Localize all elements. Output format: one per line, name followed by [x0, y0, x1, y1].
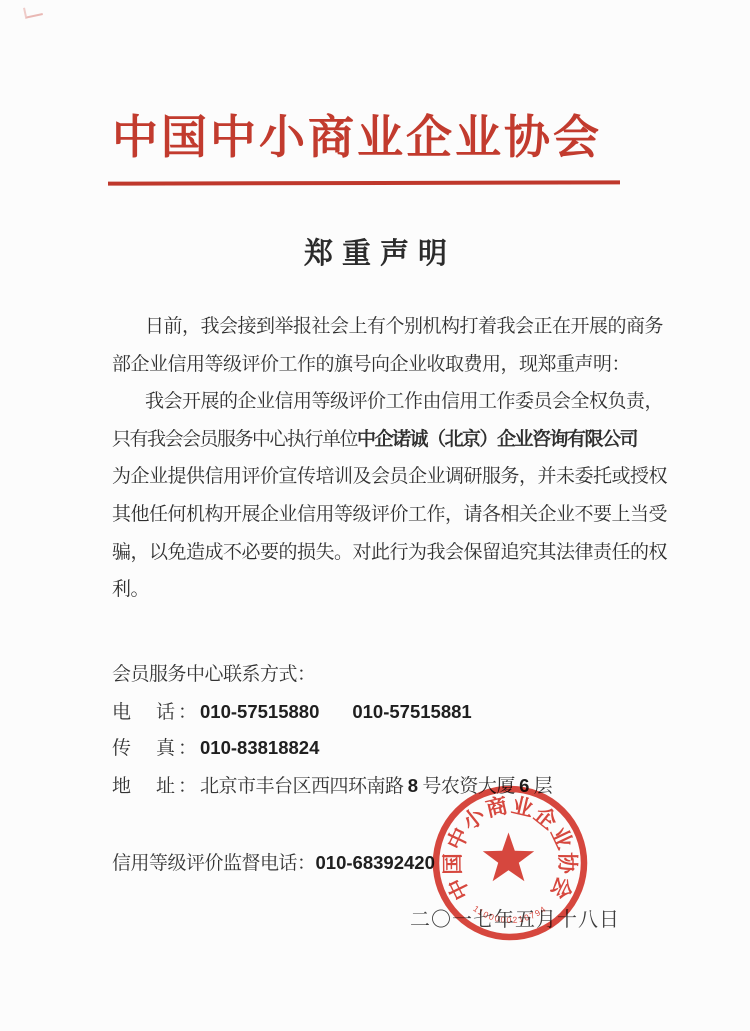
address-number-1: 8 [408, 775, 418, 796]
phone-number-1: 010-57515880 [200, 701, 319, 722]
para2-line3: 为企业提供信用评价宣传培训及会员企业调研服务，并未委托或授权 [112, 458, 632, 496]
para2-line4: 其他任何机构开展企业信用等级评价工作，请各相关企业不要上当受 [112, 496, 632, 534]
para2-line2: 只有我会会员服务中心执行单位中企诺诚（北京）企业咨询有限公司 [112, 421, 632, 459]
fax-line: 传 真：010-83818824 [112, 733, 319, 760]
fax-number: 010-83818824 [200, 737, 319, 758]
supervision-number: 010-68392420 [316, 852, 435, 873]
phone-number-2: 010-57515881 [352, 701, 471, 722]
phone-line: 电 话：010-57515880010-57515881 [112, 697, 472, 724]
statement-title: 郑重声明 [304, 231, 456, 272]
letterhead-org-name: 中国中小商业企业协会 [112, 101, 602, 167]
fax-label: 传 真： [112, 738, 200, 759]
supervision-line: 信用等级评价监督电话：010-68392420 [112, 848, 435, 875]
company-name-bold: 中企诺诚（北京）企业咨询有限公司 [357, 429, 637, 450]
phone-label: 电 话： [112, 702, 200, 723]
contact-heading: 会员服务中心联系方式： [112, 659, 316, 686]
para2-line5: 骗，以免造成不必要的损失。对此行为我会保留追究其法律责任的权 [112, 534, 632, 572]
address-label: 地 址： [112, 776, 200, 797]
scan-artifact-mark [23, 4, 43, 19]
para2-line2-prefix: 只有我会会员服务中心执行单位 [112, 429, 357, 450]
letterhead-divider-rule [108, 180, 620, 185]
official-seal-stamp: 中国中小商业企业协会 1100000210794 [429, 782, 591, 944]
svg-text:1100000210794: 1100000210794 [471, 903, 548, 925]
seal-star-icon [483, 833, 534, 882]
scanned-statement-document: 中国中小商业企业协会 郑重声明 日前，我会接到举报社会上有个别机构打着我会正在开… [0, 0, 750, 1031]
statement-body: 日前，我会接到举报社会上有个别机构打着我会正在开展的商务 部企业信用等级评价工作… [112, 308, 632, 609]
para1-line1: 日前，我会接到举报社会上有个别机构打着我会正在开展的商务 [112, 308, 632, 346]
address-part1: 北京市丰台区西四环南路 [200, 776, 408, 797]
seal-serial-number: 1100000210794 [471, 903, 548, 925]
para2-line6: 利。 [112, 571, 632, 609]
para2-line1: 我会开展的企业信用等级评价工作由信用工作委员会全权负责， [112, 383, 632, 421]
supervision-label: 信用等级评价监督电话： [112, 853, 316, 874]
para1-line2: 部企业信用等级评价工作的旗号向企业收取费用，现郑重声明： [112, 346, 632, 384]
